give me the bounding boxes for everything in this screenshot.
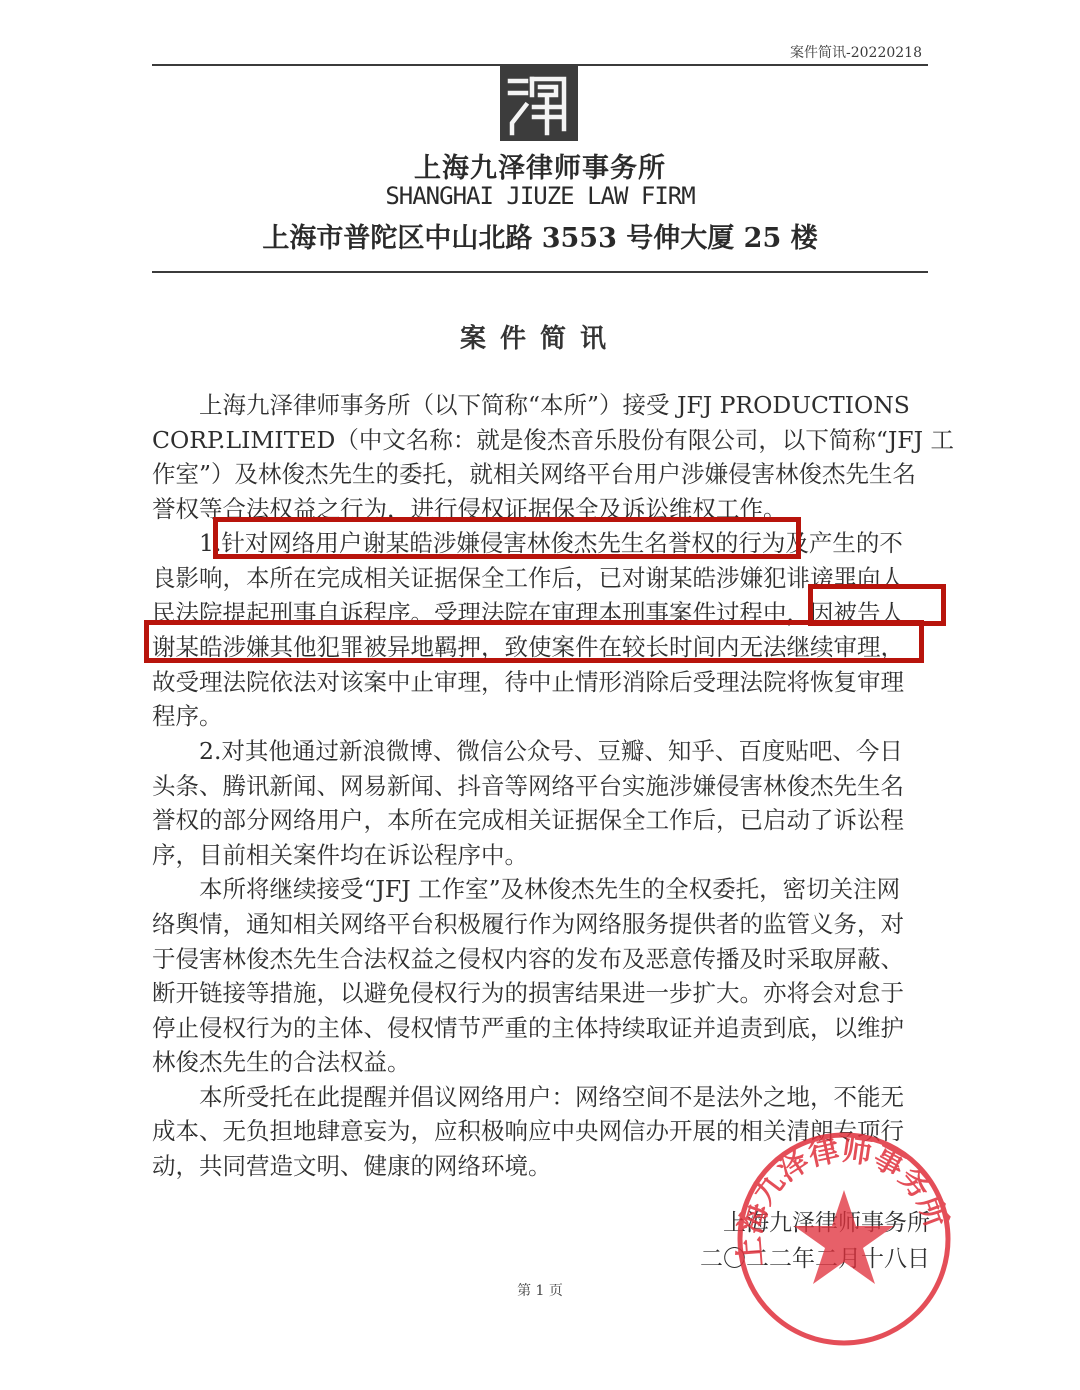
text-line: 停止侵权行为的主体、侵权情节严重的主体持续取证并追责到底，以维护 xyxy=(152,1011,928,1046)
official-seal-icon: 上海九泽律师事务所 xyxy=(733,1128,955,1350)
text-line: 林俊杰先生的合法权益。 xyxy=(152,1045,928,1080)
jiuze-law-logo-icon xyxy=(500,65,578,141)
paragraph-item-2: 2.对其他通过新浪微博、微信公众号、豆瓣、知乎、百度贴吧、今日 头条、腾讯新闻、… xyxy=(152,734,928,872)
text-line: 于侵害林俊杰先生合法权益之侵权内容的发布及恶意传播及时采取屏蔽、 xyxy=(152,942,928,977)
firm-name-chinese: 上海九泽律师事务所 xyxy=(0,146,1080,185)
firm-name-english: SHANGHAI JIUZE LAW FIRM xyxy=(0,182,1080,210)
highlight-box-1 xyxy=(213,517,801,559)
text-line: 程序。 xyxy=(152,699,928,734)
text-line: CORP.LIMITED（中文名称：就是俊杰音乐股份有限公司，以下简称“JFJ … xyxy=(152,423,928,458)
firm-address: 上海市普陀区中山北路 3553 号伸大厦 25 楼 xyxy=(0,216,1080,255)
paragraph-continued-mandate: 本所将继续接受“JFJ 工作室”及林俊杰先生的全权委托，密切关注网 络舆情，通知… xyxy=(152,872,928,1080)
text-line: 本所将继续接受“JFJ 工作室”及林俊杰先生的全权委托，密切关注网 xyxy=(152,872,928,907)
text-line: 作室”）及林俊杰先生的委托，就相关网络平台用户涉嫌侵害林俊杰先生名 xyxy=(152,457,928,492)
text-line: 序，目前相关案件均在诉讼程序中。 xyxy=(152,838,928,873)
text-line: 本所受托在此提醒并倡议网络用户：网络空间不是法外之地，不能无 xyxy=(152,1080,928,1115)
document-page: 案件简讯-20220218 上海九泽律师事务所 SHANGHAI JIUZE L… xyxy=(0,0,1080,1390)
text-line: 络舆情，通知相关网络平台积极履行作为网络服务提供者的监管义务，对 xyxy=(152,907,928,942)
text-line: 断开链接等措施，以避免侵权行为的损害结果进一步扩大。亦将会对怠于 xyxy=(152,976,928,1011)
document-reference: 案件简讯-20220218 xyxy=(790,42,922,62)
text-line: 故受理法院依法对该案中止审理，待中止情形消除后受理法院将恢复审理 xyxy=(152,665,928,700)
document-title: 案件简讯 xyxy=(0,318,1080,355)
text-line: 誉权的部分网络用户，本所在完成相关证据保全工作后，已启动了诉讼程 xyxy=(152,803,928,838)
header-bottom-rule xyxy=(152,271,928,273)
text-line: 头条、腾讯新闻、网易新闻、抖音等网络平台实施涉嫌侵害林俊杰先生名 xyxy=(152,769,928,804)
text-line: 上海九泽律师事务所（以下简称“本所”）接受 JFJ PRODUCTIONS xyxy=(152,388,928,423)
paragraph-intro: 上海九泽律师事务所（以下简称“本所”）接受 JFJ PRODUCTIONS CO… xyxy=(152,388,928,526)
text-line: 2.对其他通过新浪微博、微信公众号、豆瓣、知乎、百度贴吧、今日 xyxy=(152,734,928,769)
page-number: 第 1 页 xyxy=(0,1280,1080,1300)
document-body: 上海九泽律师事务所（以下简称“本所”）接受 JFJ PRODUCTIONS CO… xyxy=(152,388,928,1184)
highlight-box-3 xyxy=(144,620,924,663)
